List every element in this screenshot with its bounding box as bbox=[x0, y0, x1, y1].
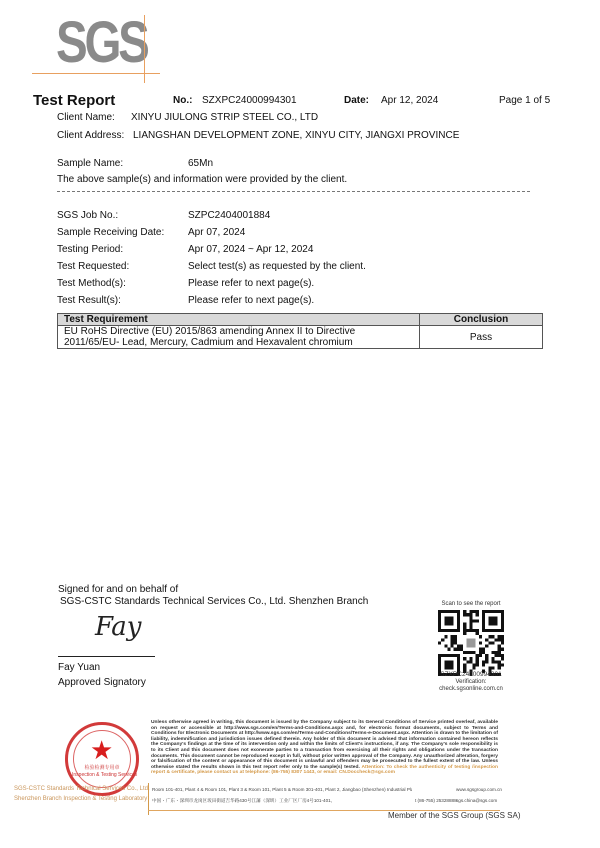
qr-report-code: SZXPC24000994301 bbox=[426, 671, 516, 678]
address-chinese: 中国・广东・深圳市龙岗区坂田街道吉华路430号江藩（深圳）工业厂区厂房4号101… bbox=[152, 798, 332, 804]
disclaimer-body: Unless otherwise agreed in writing, this… bbox=[151, 720, 498, 770]
qr-code-icon[interactable] bbox=[438, 610, 504, 676]
stamp-service-text: Inspection & Testing Services bbox=[72, 772, 132, 778]
report-title: Test Report bbox=[33, 92, 115, 109]
receiving-date-value: Apr 07, 2024 bbox=[188, 227, 245, 238]
qr-verification-label: Verification: bbox=[426, 679, 516, 685]
requirement-line-1: EU RoHS Directive (EU) 2015/863 amending… bbox=[64, 326, 413, 337]
disclaimer-text: Unless otherwise agreed in writing, this… bbox=[151, 720, 498, 776]
requirement-cell: EU RoHS Directive (EU) 2015/863 amending… bbox=[58, 326, 420, 349]
sample-name-value: 65Mn bbox=[188, 158, 213, 169]
address-english: Room 101-401, Plant 4 & Room 101, Plant … bbox=[152, 787, 412, 792]
page-indicator: Page 1 of 5 bbox=[499, 95, 550, 106]
client-address-label: Client Address: bbox=[57, 130, 124, 141]
table-header-row: Test Requirement Conclusion bbox=[58, 314, 543, 326]
test-methods-value: Please refer to next page(s). bbox=[188, 278, 314, 289]
conclusion-cell: Pass bbox=[420, 326, 543, 349]
qr-verification-site: check.sgsonline.com.cn bbox=[426, 686, 516, 692]
header-test-requirement: Test Requirement bbox=[58, 314, 420, 326]
test-requested-value: Select test(s) as requested by the clien… bbox=[188, 261, 366, 272]
footer-left-line-2: Shenzhen Branch Inspection & Testing Lab… bbox=[14, 796, 147, 802]
receiving-date-label: Sample Receiving Date: bbox=[57, 227, 164, 238]
testing-period-value: Apr 07, 2024 ~ Apr 12, 2024 bbox=[188, 244, 313, 255]
testing-period-label: Testing Period: bbox=[57, 244, 123, 255]
stamp-center-text: 检验检测专用章 bbox=[72, 764, 132, 771]
sgs-logo: SGS bbox=[56, 12, 147, 74]
footer-email[interactable]: sgs.china@sgs.com bbox=[456, 798, 497, 803]
test-requested-label: Test Requested: bbox=[57, 261, 129, 272]
job-no-label: SGS Job No.: bbox=[57, 210, 118, 221]
client-name-label: Client Name: bbox=[57, 112, 115, 123]
footer-website[interactable]: www.sgsgroup.com.cn bbox=[456, 787, 502, 792]
star-icon: ★ bbox=[90, 737, 113, 763]
report-no-label: No.: bbox=[173, 95, 192, 106]
signatory-name: Fay Yuan bbox=[58, 662, 100, 673]
signatory-role: Approved Signatory bbox=[58, 677, 146, 688]
logo-vertical-rule bbox=[144, 15, 145, 83]
job-no-value: SZPC2404001884 bbox=[188, 210, 270, 221]
date-value: Apr 12, 2024 bbox=[381, 95, 438, 106]
signature: Fay bbox=[95, 612, 141, 642]
footer-phone: t (86-755) 25328888 bbox=[415, 798, 457, 803]
test-methods-label: Test Method(s): bbox=[57, 278, 126, 289]
date-label: Date: bbox=[344, 95, 369, 106]
logo-horizontal-rule bbox=[32, 73, 160, 74]
test-results-value: Please refer to next page(s). bbox=[188, 295, 314, 306]
report-no-value: SZXPC24000994301 bbox=[202, 95, 297, 106]
signature-line bbox=[58, 656, 155, 657]
sample-provided-note: The above sample(s) and information were… bbox=[57, 174, 347, 185]
requirement-line-2: 2011/65/EU- Lead, Mercury, Cadmium and H… bbox=[64, 337, 413, 348]
test-results-label: Test Result(s): bbox=[57, 295, 121, 306]
signing-company: SGS-CSTC Standards Technical Services Co… bbox=[60, 596, 368, 607]
signed-on-behalf-label: Signed for and on behalf of bbox=[58, 584, 178, 595]
header-conclusion: Conclusion bbox=[420, 314, 543, 326]
sgs-group-member: Member of the SGS Group (SGS SA) bbox=[388, 811, 521, 820]
section-divider bbox=[57, 191, 530, 192]
client-name-value: XINYU JIULONG STRIP STEEL CO., LTD bbox=[131, 112, 318, 123]
table-row: EU RoHS Directive (EU) 2015/863 amending… bbox=[58, 326, 543, 349]
qr-caption: Scan to see the report bbox=[426, 601, 516, 607]
footer-left-line-1: SGS-CSTC Standards Technical Services Co… bbox=[14, 786, 150, 792]
test-requirement-table: Test Requirement Conclusion EU RoHS Dire… bbox=[57, 313, 543, 349]
client-address-value: LIANGSHAN DEVELOPMENT ZONE, XINYU CITY, … bbox=[133, 130, 459, 141]
sample-name-label: Sample Name: bbox=[57, 158, 123, 169]
